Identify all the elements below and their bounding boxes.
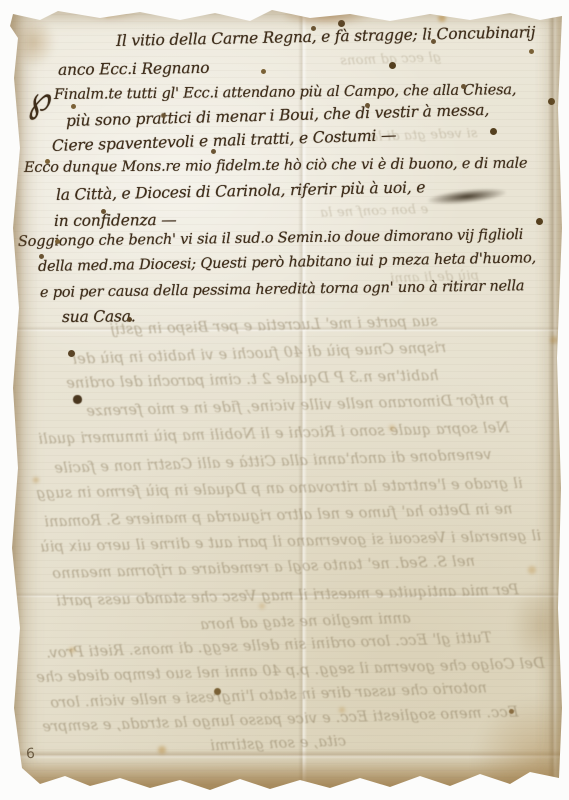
- bleedthrough-line: habit'ne n.3 P Dquale 2 t. cimi parochi …: [66, 368, 439, 392]
- bleedthrough-fragment: e bon conf ne la: [320, 202, 429, 221]
- manuscript-line: anco Ecc.i Regnano: [58, 59, 210, 79]
- bleedthrough-line: il generale i Vescoui si governano il pa…: [40, 528, 541, 555]
- top-left-corner-stain: [12, 16, 56, 68]
- manuscript-line: e poi per causa della pessima heredità t…: [40, 278, 525, 301]
- bleedthrough-line: sua parte i me' Lucretia e per Bispo in …: [110, 314, 438, 339]
- bleedthrough-line: venendone di anch'anni alla Città e alli…: [54, 447, 492, 477]
- manuscript-line: Ciere spaventevoli e mali tratti, e Cost…: [52, 126, 397, 155]
- paragraph-flourish: ℘: [23, 78, 53, 122]
- manuscript-line: Il vitio della Carne Regna, e fà stragge…: [116, 23, 536, 50]
- bottom-edge-browning: [20, 760, 555, 794]
- top-edge-stain: [285, 4, 375, 26]
- manuscript-paper: gl ecc ad mons si vede gta di là e bon c…: [10, 8, 562, 792]
- manuscript-scan: gl ecc ad mons si vede gta di là e bon c…: [0, 0, 569, 800]
- bleedthrough-line: Per mia antiquita e maestri il mag Vesc …: [56, 582, 519, 609]
- manuscript-line: sua Casa.: [62, 307, 136, 326]
- bleedthrough-line: cita, e son gstirmi: [210, 734, 347, 755]
- right-fold-crease: [548, 8, 558, 792]
- bleedthrough-line: ne in Detto ha' fumo e nel altro riguard…: [44, 501, 513, 530]
- manuscript-line: Soggiongo che bench' vi sia il sud.o Sem…: [18, 227, 523, 250]
- foxing-spots: [10, 8, 14, 12]
- left-torn-edge-browning: [8, 8, 24, 792]
- ink-specks: [10, 8, 13, 11]
- manuscript-line: Finalm.te tutti gl' Ecc.i attendano più …: [54, 82, 516, 103]
- bleedthrough-line: Nel sopra quale sono i Ricchi e li Nobil…: [38, 420, 509, 448]
- manuscript-line: la Città, e Diocesi di Carinola, riferir…: [56, 178, 426, 204]
- bleedthrough-line: il grado e l'entrate la ritrovano an p D…: [36, 476, 523, 502]
- bleedthrough-line: Tutti gl' Ecc. loro ordini sin delle seg…: [46, 630, 492, 662]
- ink-correction-smear: [428, 186, 507, 207]
- manuscript-line: più sono prattici di menar i Boui, che d…: [66, 101, 490, 130]
- bleedthrough-line: p ntfor Dimorano nelle ville vicine, fid…: [86, 392, 509, 420]
- bleedthrough-line: anni meglio ne stag ad hora: [200, 611, 411, 634]
- bleedthrough-fragment: gl ecc ad mons: [340, 50, 442, 69]
- bleedthrough-line: rispne Cnue più di 40 fuochi e vi habito…: [72, 340, 447, 368]
- folio-number: 6: [26, 746, 36, 762]
- bleedthrough-line: nel S. Sed. ne' tanto sogl a remediare a…: [52, 554, 475, 583]
- top-left-stain: [80, 4, 140, 20]
- manuscript-line: in confidenza —: [54, 211, 177, 230]
- manuscript-line: Ecco dunque Mons.re mio fidelm.te hò ciò…: [24, 156, 528, 176]
